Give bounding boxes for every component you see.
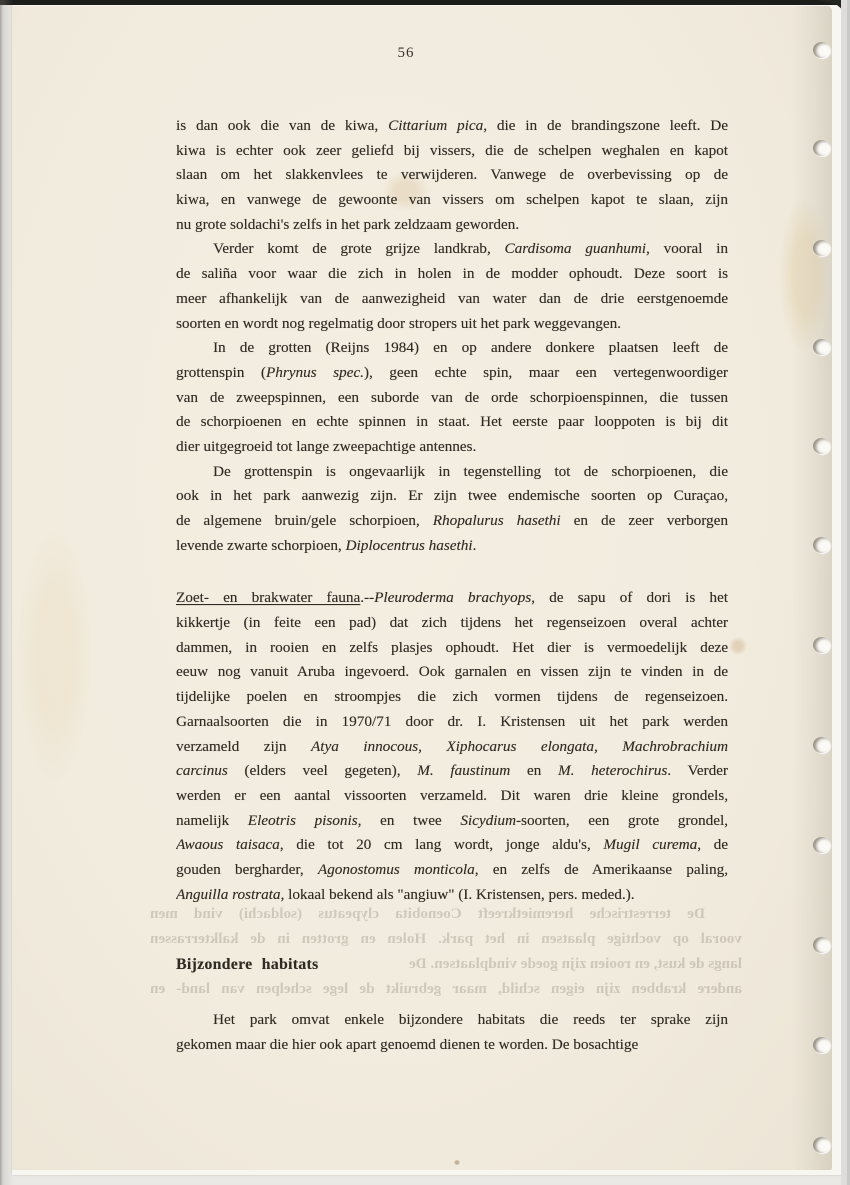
text-run: ook in het park aanwezig zijn. Er zijn t… — [176, 487, 728, 504]
text-line: meer afhankelijk van de aanwezigheid van… — [176, 287, 728, 312]
text-run: en de zeer verborgen — [561, 512, 728, 529]
text-run: ), geen echte spin, maar een vertegenwoo… — [364, 364, 728, 381]
punch-hole — [813, 737, 830, 753]
text-run: .-- — [360, 589, 374, 606]
text-run: nu grote soldachi's zelfs in het park ze… — [176, 216, 519, 233]
text-run: , en twee — [358, 812, 461, 829]
text-run: (elders veel gegeten), — [228, 762, 417, 779]
text-line: gouden bergharder, Agonostomus monticola… — [176, 858, 728, 883]
text-run: de saliña voor waar die zich in holen in… — [176, 265, 728, 282]
species-name-italic: Mugil curema — [603, 836, 697, 853]
text-line: dier uitgegroeid tot lange zweepachtige … — [176, 435, 728, 460]
paragraph: De grottenspin is ongevaarlijk in tegens… — [176, 460, 728, 559]
text-line: namelijk Eleotris pisonis, en twee Sicyd… — [176, 809, 728, 834]
species-name-italic: Cardisoma guanhumi — [505, 240, 647, 257]
paper-stain — [780, 200, 828, 350]
paragraph: is dan ook die van de kiwa, Cittarium pi… — [176, 114, 728, 237]
text-run: De grottenspin is ongevaarlijk in tegens… — [213, 463, 728, 480]
text-line: grottenspin (Phrynus spec.), geen echte … — [176, 361, 728, 386]
body-text: is dan ook die van de kiwa, Cittarium pi… — [176, 114, 728, 1057]
text-run: dier uitgegroeid tot lange zweepachtige … — [176, 438, 476, 455]
text-run: , en zelfs de Amerikaanse paling, — [475, 861, 728, 878]
scanned-document-page: { "page": { "number": "56" }, "colors": … — [0, 0, 850, 1185]
text-line: van de zweepspinnen, een suborde van de … — [176, 386, 728, 411]
text-run: kikkertje (in feite een pad) dat zich ti… — [176, 614, 728, 631]
text-run: eeuw nog vanuit Aruba ingevoerd. Ook gar… — [176, 663, 728, 680]
text-run: , die in de brandingszone leeft. De — [483, 117, 728, 134]
text-run: -soorten, een grote grondel, — [516, 812, 728, 829]
punch-hole — [813, 240, 830, 256]
species-name-italic: Atya innocous, Xiphocarus elongata, Mach… — [311, 738, 728, 755]
species-name-italic: Awaous taisaca — [176, 836, 280, 853]
species-name-italic: Sicydium — [460, 812, 516, 829]
text-run: levende zwarte schorpioen, — [176, 537, 346, 554]
text-line: Het park omvat enkele bijzondere habitat… — [176, 1008, 728, 1033]
punch-hole — [813, 140, 830, 156]
text-run: Verder komt de grote grijze landkrab, — [213, 240, 505, 257]
species-name-italic: M. faustinum — [417, 762, 510, 779]
paper-speck — [454, 1160, 460, 1165]
punch-hole — [813, 537, 830, 553]
text-line: is dan ook die van de kiwa, Cittarium pi… — [176, 114, 728, 139]
text-line: ook in het park aanwezig zijn. Er zijn t… — [176, 484, 728, 509]
punch-hole — [813, 637, 830, 653]
text-run: slaan om het slakkenvlees te verwijderen… — [176, 166, 728, 183]
text-run: de schorpioenen en echte spinnen in staa… — [176, 413, 728, 430]
text-run: namelijk — [176, 812, 248, 829]
text-run: kiwa is echter ook zeer geliefd bij viss… — [176, 142, 728, 159]
species-name-italic: Agonostomus monticola — [318, 861, 475, 878]
text-line: soorten en wordt nog regelmatig door str… — [176, 312, 728, 337]
page-number: 56 — [376, 45, 436, 62]
text-run: meer afhankelijk van de aanwezigheid van… — [176, 290, 728, 307]
paragraph: In de grotten (Reijns 1984) en op andere… — [176, 336, 728, 459]
text-line: In de grotten (Reijns 1984) en op andere… — [176, 336, 728, 361]
text-line: de schorpioenen en echte spinnen in staa… — [176, 410, 728, 435]
punch-hole — [813, 937, 830, 953]
text-line: kiwa is echter ook zeer geliefd bij viss… — [176, 139, 728, 164]
text-line: levende zwarte schorpioen, Diplocentrus … — [176, 534, 728, 559]
species-name-italic: M. heterochirus — [558, 762, 667, 779]
text-run: , de sapu of dori is het — [531, 589, 728, 606]
text-line: Anguilla rostrata, lokaal bekend als "an… — [176, 883, 728, 908]
species-name-italic: Anguilla rostrata — [176, 886, 281, 903]
text-run: dammen, in rooien en zelfs plasjes ophou… — [176, 639, 728, 656]
text-line: Verder komt de grote grijze landkrab, Ca… — [176, 237, 728, 262]
text-run: kiwa, en vanwege de gewoonte van vissers… — [176, 191, 728, 208]
punch-hole — [813, 42, 830, 58]
text-run: werden er een aantal vissoorten verzamel… — [176, 787, 728, 804]
scanner-edge-top — [0, 0, 850, 5]
underlined-run-in-heading: Zoet- en brakwater fauna — [176, 589, 360, 606]
species-name-italic: Cittarium pica — [388, 117, 483, 134]
text-run: Garnaalsoorten die in 1970/71 door dr. I… — [176, 713, 728, 730]
punch-hole — [813, 1137, 830, 1153]
text-run: en — [510, 762, 558, 779]
punch-hole — [813, 837, 830, 853]
text-run: , de — [697, 836, 728, 853]
species-name-italic: Diplocentrus hasethi — [346, 537, 473, 554]
text-line: de saliña voor waar die zich in holen in… — [176, 262, 728, 287]
text-line: De grottenspin is ongevaarlijk in tegens… — [176, 460, 728, 485]
text-line: werden er een aantal vissoorten verzamel… — [176, 784, 728, 809]
text-line: kikkertje (in feite een pad) dat zich ti… — [176, 611, 728, 636]
text-line: nu grote soldachi's zelfs in het park ze… — [176, 213, 728, 238]
text-line: de algemene bruin/gele schorpioen, Rhopa… — [176, 509, 728, 534]
text-run: grottenspin ( — [176, 364, 266, 381]
species-name-italic: Rhopalurus hasethi — [433, 512, 561, 529]
text-line: gekomen maar die hier ook apart genoemd … — [176, 1033, 728, 1058]
species-name-italic: Phrynus spec. — [266, 364, 364, 381]
text-run: gouden bergharder, — [176, 861, 318, 878]
text-line: eeuw nog vanuit Aruba ingevoerd. Ook gar… — [176, 660, 728, 685]
punch-hole — [813, 339, 830, 355]
section-heading: Bijzondere habitats — [176, 953, 728, 978]
text-line: dammen, in rooien en zelfs plasjes ophou… — [176, 636, 728, 661]
text-run: , lokaal bekend als "angiuw" (I. Kristen… — [281, 886, 635, 903]
text-run: verzameld zijn — [176, 738, 311, 755]
text-run: In de grotten (Reijns 1984) en op andere… — [213, 339, 728, 356]
text-run: Het park omvat enkele bijzondere habitat… — [213, 1011, 728, 1028]
text-run: tijdelijke poelen en stroompjes die zich… — [176, 688, 728, 705]
scanner-edge-left — [0, 0, 14, 1185]
text-run: soorten en wordt nog regelmatig door str… — [176, 315, 621, 332]
text-run: is dan ook die van de kiwa, — [176, 117, 388, 134]
text-run: de algemene bruin/gele schorpioen, — [176, 512, 433, 529]
text-run: , die tot 20 cm lang wordt, jonge aldu's… — [280, 836, 604, 853]
paper-stain — [18, 530, 92, 780]
text-line: Awaous taisaca, die tot 20 cm lang wordt… — [176, 833, 728, 858]
species-name-italic: Eleotris pisonis — [248, 812, 358, 829]
text-line: Zoet- en brakwater fauna.--Pleuroderma b… — [176, 586, 728, 611]
text-line: kiwa, en vanwege de gewoonte van vissers… — [176, 188, 728, 213]
text-run: , vooral in — [646, 240, 728, 257]
species-name-italic: Pleuroderma brachyops — [374, 589, 531, 606]
text-run: gekomen maar die hier ook apart genoemd … — [176, 1036, 638, 1053]
paragraph: Verder komt de grote grijze landkrab, Ca… — [176, 237, 728, 336]
paragraph: Zoet- en brakwater fauna.--Pleuroderma b… — [176, 586, 728, 907]
text-line: slaan om het slakkenvlees te verwijderen… — [176, 163, 728, 188]
paragraph: Het park omvat enkele bijzondere habitat… — [176, 1008, 728, 1057]
text-run: . — [473, 537, 477, 554]
text-run: . Verder — [667, 762, 728, 779]
species-name-italic: carcinus — [176, 762, 228, 779]
punch-hole — [813, 438, 830, 454]
text-line: verzameld zijn Atya innocous, Xiphocarus… — [176, 735, 728, 760]
punch-hole — [813, 1037, 830, 1053]
text-line: tijdelijke poelen en stroompjes die zich… — [176, 685, 728, 710]
text-line: carcinus (elders veel gegeten), M. faust… — [176, 759, 728, 784]
text-line: Garnaalsoorten die in 1970/71 door dr. I… — [176, 710, 728, 735]
paper-stain — [729, 637, 747, 655]
text-run: van de zweepspinnen, een suborde van de … — [176, 389, 728, 406]
